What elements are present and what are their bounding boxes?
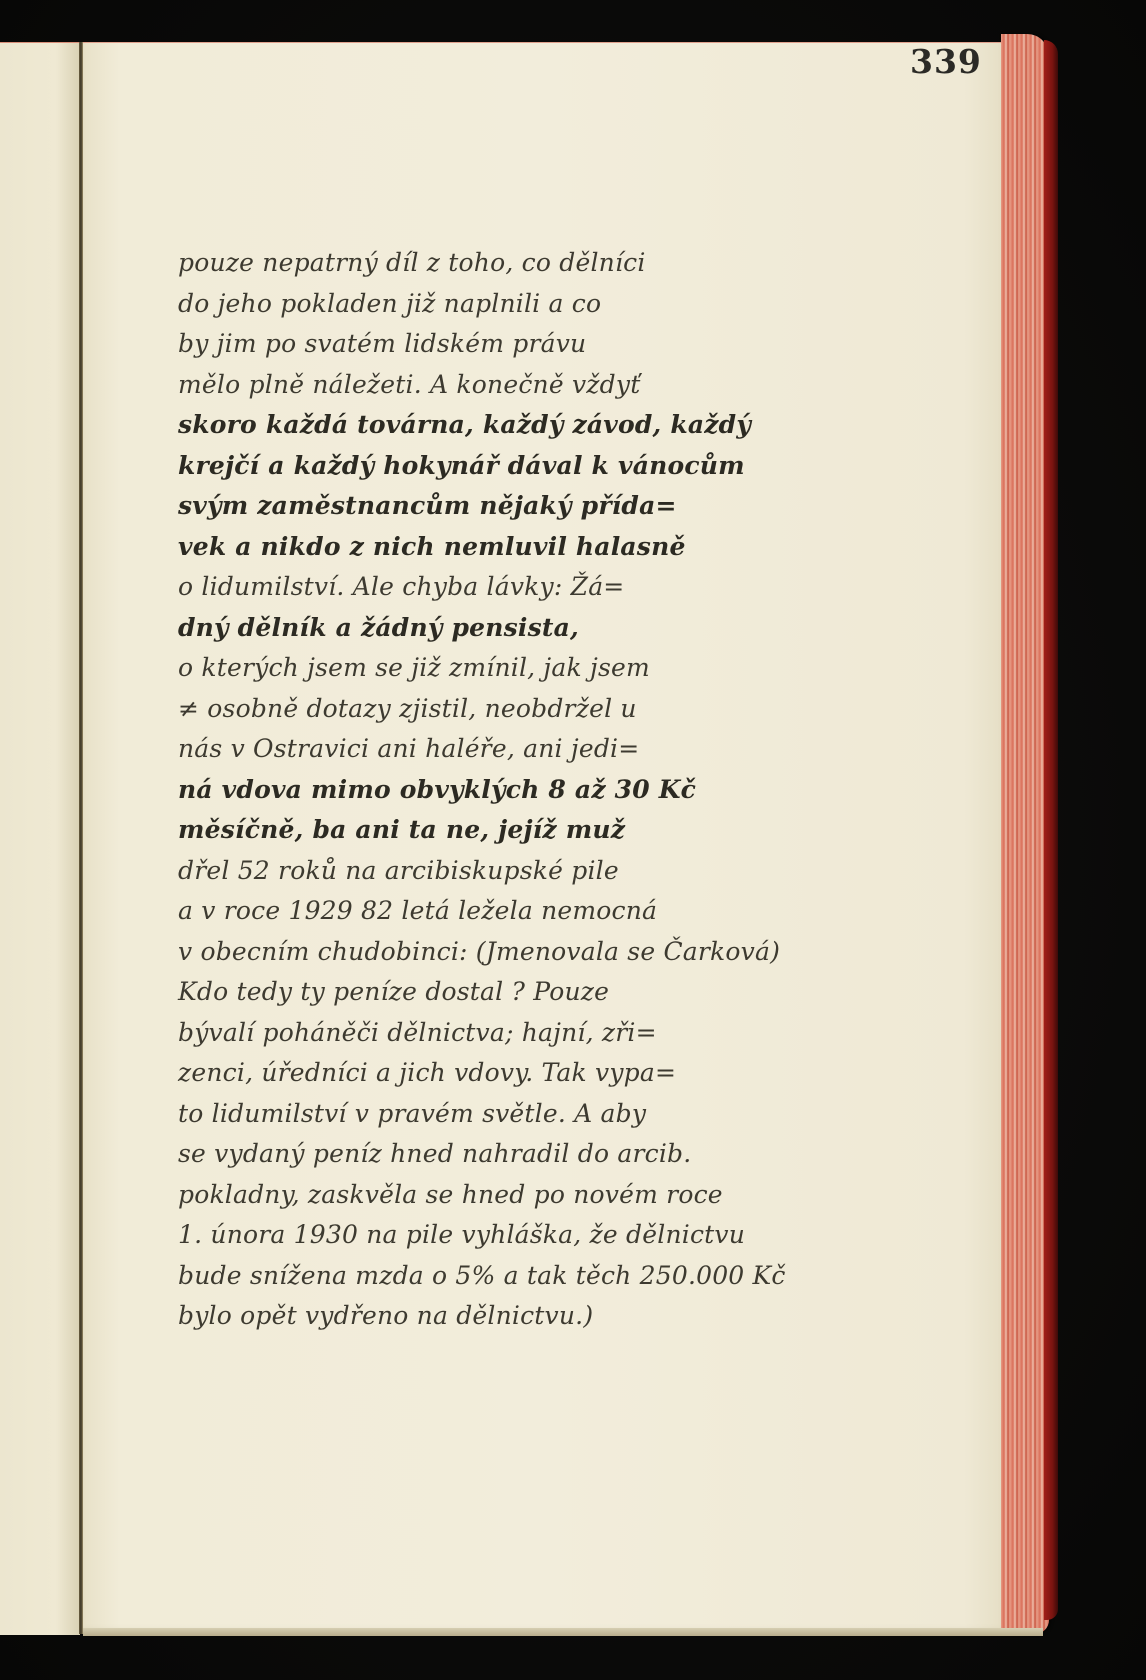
text-line: 1. února 1930 na pile vyhláška, že dělni… <box>178 1215 878 1256</box>
text-line: pokladny, zaskvěla se hned po novém roce <box>178 1175 878 1216</box>
text-line: nás v Ostravici ani haléře, ani jedi= <box>178 729 878 770</box>
text-line: dný dělník a žádný pensista, <box>178 608 878 649</box>
text-line: v obecním chudobinci: (Jmenovala se Čark… <box>178 932 878 973</box>
red-page-edges <box>1001 34 1049 1634</box>
text-line: svým zaměstnancům nějaký přída= <box>178 486 878 527</box>
book-cover-edge <box>1044 40 1058 1620</box>
text-line: ≠ osobně dotazy zjistil, neobdržel u <box>178 689 878 730</box>
text-line: ná vdova mimo obvyklých 8 až 30 Kč <box>178 770 878 811</box>
left-page <box>0 42 80 1635</box>
handwritten-text-block: pouze nepatrný díl z toho, co dělníci do… <box>178 243 878 1337</box>
text-line: a v roce 1929 82 letá ležela nemocná <box>178 891 878 932</box>
text-line: se vydaný peníz hned nahradil do arcib. <box>178 1134 878 1175</box>
text-line: o lidumilství. Ale chyba lávky: Žá= <box>178 567 878 608</box>
text-line: dřel 52 roků na arcibiskupské pile <box>178 851 878 892</box>
text-line: bylo opět vydřeno na dělnictvu.) <box>178 1296 878 1337</box>
text-line: zenci, úředníci a jich vdovy. Tak vypa= <box>178 1053 878 1094</box>
text-line: pouze nepatrný díl z toho, co dělníci <box>178 243 878 284</box>
book-scan: 339 pouze nepatrný díl z toho, co dělníc… <box>0 0 1146 1680</box>
text-line: vek a nikdo z nich nemluvil halasně <box>178 527 878 568</box>
text-line: měsíčně, ba ani ta ne, jejíž muž <box>178 810 878 851</box>
text-line: mělo plně náležeti. A konečně vždyť <box>178 365 878 406</box>
text-line: by jim po svatém lidském právu <box>178 324 878 365</box>
text-line: o kterých jsem se již zmínil, jak jsem <box>178 648 878 689</box>
page-number: 339 <box>910 42 982 81</box>
text-line: do jeho pokladen již naplnili a co <box>178 284 878 325</box>
text-line: skoro každá továrna, každý závod, každý <box>178 405 878 446</box>
text-line: Kdo tedy ty peníze dostal ? Pouze <box>178 972 878 1013</box>
text-line: bude snížena mzda o 5% a tak těch 250.00… <box>178 1256 878 1297</box>
text-line: krejčí a každý hokynář dával k vánocům <box>178 446 878 487</box>
page-bottom-edge <box>83 1628 1043 1636</box>
text-line: to lidumilství v pravém světle. A aby <box>178 1094 878 1135</box>
text-line: bývalí poháněči dělnictva; hajní, zři= <box>178 1013 878 1054</box>
